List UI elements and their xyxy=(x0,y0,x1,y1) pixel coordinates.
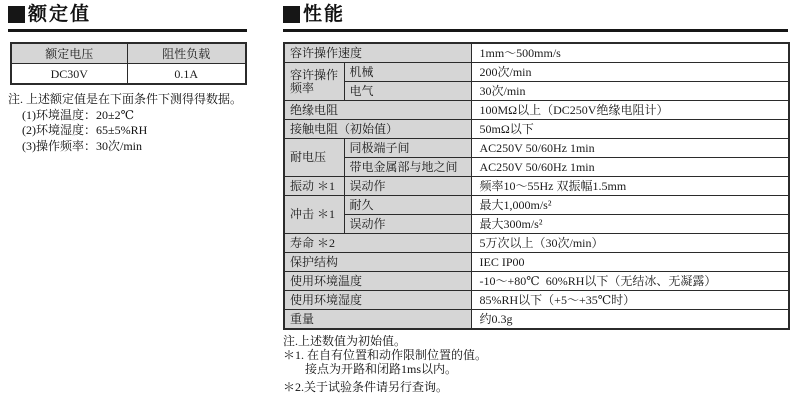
row-value: 1mm～500mm/s xyxy=(471,43,789,63)
section-performance: 性能 容许操作速度 1mm～500mm/s 容许操作频率 机械 200次/min… xyxy=(283,5,788,394)
table-row: 振动 ＊1 误动作 频率10～55Hz 双振幅1.5mm xyxy=(284,177,789,196)
note-line: ＊2.关于试验条件请另行查询。 xyxy=(283,380,788,394)
rated-table: 额定电压 阻性负载 DC30V 0.1A xyxy=(10,42,247,85)
row-group-label: 容许操作频率 xyxy=(284,63,344,101)
row-value: 5万次以上（30次/min） xyxy=(471,234,789,253)
column-header-rated-voltage: 额定电压 xyxy=(11,43,127,64)
row-value: -10～+80℃ 60%RH以下（无结冰、无凝露） xyxy=(471,272,789,291)
row-sublabel: 误动作 xyxy=(344,215,471,234)
row-label: 寿命 ＊2 xyxy=(284,234,471,253)
row-group-label: 振动 ＊1 xyxy=(284,177,344,196)
table-row: 使用环境温度 -10～+80℃ 60%RH以下（无结冰、无凝露） xyxy=(284,272,789,291)
row-value: 频率10～55Hz 双振幅1.5mm xyxy=(471,177,789,196)
row-label: 绝缘电阻 xyxy=(284,101,471,120)
row-value: 50mΩ以下 xyxy=(471,120,789,139)
performance-title-text: 性能 xyxy=(303,5,345,24)
row-value: AC250V 50/60Hz 1min xyxy=(471,158,789,177)
note-line: (2)环境湿度：65±5%RH xyxy=(22,123,247,139)
table-row: 耐电压 同极端子间 AC250V 50/60Hz 1min xyxy=(284,139,789,158)
table-row: 重量 约0.3g xyxy=(284,310,789,330)
row-value: 85%RH以下（+5～+35℃时） xyxy=(471,291,789,310)
row-label: 接触电阻（初始值） xyxy=(284,120,471,139)
table-row: DC30V 0.1A xyxy=(11,64,246,85)
performance-title: 性能 xyxy=(283,5,788,32)
row-label: 使用环境温度 xyxy=(284,272,471,291)
table-row: 寿命 ＊2 5万次以上（30次/min） xyxy=(284,234,789,253)
row-value: IEC IP00 xyxy=(471,253,789,272)
table-row: 接触电阻（初始值） 50mΩ以下 xyxy=(284,120,789,139)
table-row: 容许操作速度 1mm～500mm/s xyxy=(284,43,789,63)
performance-notes: 注.上述数值为初始值。 ＊1. 在自有位置和动作限制位置的值。 接点为开路和闭路… xyxy=(283,334,788,394)
row-sublabel: 耐久 xyxy=(344,196,471,215)
rated-title-text: 额定值 xyxy=(28,5,91,24)
section-rated: 额定值 额定电压 阻性负载 DC30V 0.1A 注. 上述额定值是在下面条件下… xyxy=(8,5,247,154)
datasheet-page: 额定值 额定电压 阻性负载 DC30V 0.1A 注. 上述额定值是在下面条件下… xyxy=(0,0,799,415)
row-label: 保护结构 xyxy=(284,253,471,272)
rated-title: 额定值 xyxy=(8,5,247,32)
performance-table: 容许操作速度 1mm～500mm/s 容许操作频率 机械 200次/min 电气… xyxy=(283,42,790,330)
row-group-label: 耐电压 xyxy=(284,139,344,177)
row-value: 最大300m/s² xyxy=(471,215,789,234)
datasheet-scan: { "colors": { "cell_shade": "#d6d6d6", "… xyxy=(0,0,799,415)
row-value: AC250V 50/60Hz 1min xyxy=(471,139,789,158)
row-label: 使用环境湿度 xyxy=(284,291,471,310)
note-line: (3)操作频率：30次/min xyxy=(22,139,247,155)
note-line: 注. 上述额定值是在下面条件下测得得数据。 xyxy=(8,92,247,108)
note-line: ＊1. 在自有位置和动作限制位置的值。 xyxy=(283,348,788,362)
table-row: 容许操作频率 机械 200次/min xyxy=(284,63,789,82)
column-header-resistive-load: 阻性负载 xyxy=(127,43,246,64)
row-sublabel: 误动作 xyxy=(344,177,471,196)
row-value: 约0.3g xyxy=(471,310,789,330)
row-group-label: 冲击 ＊1 xyxy=(284,196,344,234)
row-value: 200次/min xyxy=(471,63,789,82)
cell-rated-voltage: DC30V xyxy=(11,64,127,85)
table-row: 电气 30次/min xyxy=(284,82,789,101)
table-row: 保护结构 IEC IP00 xyxy=(284,253,789,272)
table-row: 绝缘电阻 100MΩ以上（DC250V绝缘电阻计） xyxy=(284,101,789,120)
black-square-icon xyxy=(283,6,300,23)
table-row: 冲击 ＊1 耐久 最大1,000m/s² xyxy=(284,196,789,215)
table-row: 带电金属部与地之间 AC250V 50/60Hz 1min xyxy=(284,158,789,177)
note-line: (1)环境温度：20±2℃ xyxy=(22,108,247,124)
black-square-icon xyxy=(8,6,25,23)
rated-notes: 注. 上述额定值是在下面条件下测得得数据。 (1)环境温度：20±2℃ (2)环… xyxy=(8,92,247,154)
row-sublabel: 机械 xyxy=(344,63,471,82)
row-sublabel: 同极端子间 xyxy=(344,139,471,158)
row-label: 容许操作速度 xyxy=(284,43,471,63)
row-value: 最大1,000m/s² xyxy=(471,196,789,215)
table-row: 使用环境湿度 85%RH以下（+5～+35℃时） xyxy=(284,291,789,310)
note-line: 接点为开路和闭路1ms以内。 xyxy=(305,362,788,376)
row-label: 重量 xyxy=(284,310,471,330)
row-value: 100MΩ以上（DC250V绝缘电阻计） xyxy=(471,101,789,120)
cell-resistive-load: 0.1A xyxy=(127,64,246,85)
rated-header-row: 额定电压 阻性负载 xyxy=(11,43,246,64)
note-line: 注.上述数值为初始值。 xyxy=(283,334,788,348)
row-value: 30次/min xyxy=(471,82,789,101)
table-row: 误动作 最大300m/s² xyxy=(284,215,789,234)
row-sublabel: 带电金属部与地之间 xyxy=(344,158,471,177)
row-sublabel: 电气 xyxy=(344,82,471,101)
